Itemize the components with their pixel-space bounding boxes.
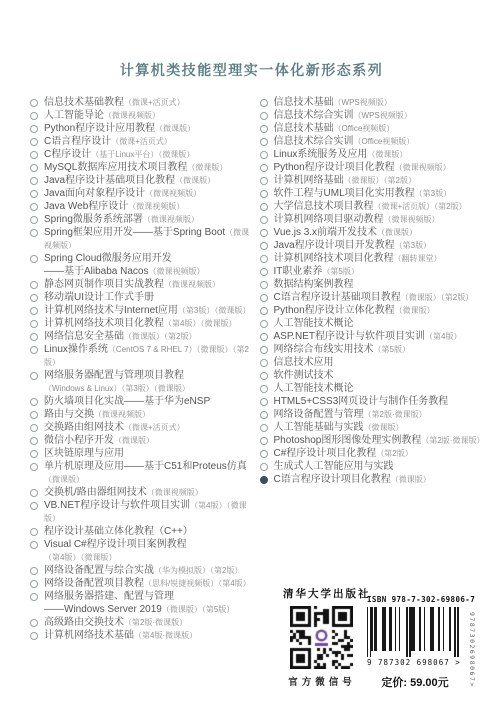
book-list-right: 信息技术基础（WPS视频版） 信息技术综合实训（WPS视频版） 信息技术基础（O… [260, 96, 503, 642]
book-list-item: 防火墙项目化实战——基于华为eNSP [30, 395, 256, 408]
book-title: 计算机网络技术项目化教程 [44, 318, 164, 329]
book-entry: Python程序设计立体化教程（微课版） [274, 304, 503, 317]
book-entry: C语言程序设计（微课+活页式） [44, 135, 256, 148]
book-title: 信息技术综合实训 [274, 136, 354, 147]
list-bullet-icon [260, 177, 268, 185]
list-bullet-icon [260, 190, 268, 198]
list-bullet-icon [30, 437, 38, 445]
book-list-item: Java程序设计项目开发教程（第3版） [260, 239, 503, 252]
book-list-item: 计算机网络技术基础（第4版·微课版） [30, 629, 256, 642]
list-bullet-icon [30, 216, 38, 224]
book-edition-note: （微课视频版） [145, 189, 201, 198]
book-entry: 信息技术基础（WPS视频版） [274, 96, 503, 109]
book-list-item: 信息技术综合实训（Office视频版） [260, 135, 503, 148]
book-list-item: 高级路由交换技术（第2版·微课版） [30, 616, 256, 629]
book-edition-note: （Office视频版） [334, 124, 395, 133]
list-bullet-icon [30, 567, 38, 575]
book-entry: VB.NET程序设计与软件项目实训（第4版）（微课版） [44, 499, 256, 525]
book-list-item: 计算机网络项目驱动教程（微课视频版） [260, 213, 503, 226]
book-entry: Photoshop图形图像处理实例教程（第2版·微课版） [274, 434, 503, 447]
book-entry: 单片机原理及应用——基于C51和Proteus仿真（微课版） [44, 460, 256, 486]
list-bullet-icon [30, 151, 38, 159]
list-bullet-icon [260, 307, 268, 315]
book-list-item: Vue.js 3.x前端开发技术（微课版） [260, 226, 503, 239]
list-bullet-icon [260, 268, 268, 276]
book-title: 网络设备配置与综合实战 [44, 565, 154, 576]
list-bullet-icon [260, 138, 268, 146]
list-bullet-icon [30, 320, 38, 328]
list-bullet-icon [30, 580, 38, 588]
book-list-item: 网络设备配置与管理（第2版·微课版） [260, 408, 503, 421]
book-edition-note: （微课版）（第2版） [401, 293, 473, 302]
book-title: Python程序设计项目化教程 [274, 162, 395, 173]
book-title: C语言程序设计项目化教程 [274, 474, 391, 485]
book-list-item: 网络服务器搭建、配置与管理——Windows Server 2019（微课版）（… [30, 590, 256, 616]
book-list-item: 交换机/路由器组网技术（微课视频版） [30, 486, 256, 499]
list-bullet-icon [30, 528, 38, 536]
book-entry: Linux操作系统（CentOS 7 & RHEL 7）（微课版）（第2版） [44, 343, 256, 369]
book-list-item: Java程序设计基础项目化教程（微课版） [30, 174, 256, 187]
book-title: Photoshop图形图像处理实例教程 [274, 435, 422, 446]
book-title: Java面向对象程序设计 [44, 188, 145, 199]
book-edition-note: （微课视频版） [395, 163, 451, 172]
book-edition-note: （第3版）（微课版） [178, 306, 250, 315]
book-entry: 网络设备配置与综合实战（华为模拟版）（第2版） [44, 564, 256, 577]
book-title: 信息技术基础 [274, 123, 334, 134]
list-bullet-icon [30, 333, 38, 341]
isbn-number: ISBN 978-7-302-69806-7 [367, 595, 463, 604]
book-list-item: 静态网页制作项目实战教程（微课视频版） [30, 278, 256, 291]
book-list-item: 网络设备配置与综合实战（华为模拟版）（第2版） [30, 564, 256, 577]
list-bullet-icon [260, 398, 268, 406]
isbn-block: ISBN 978-7-302-69806-7 9 787302 698067 >… [367, 595, 463, 690]
book-entry: 高级路由交换技术（第2版·微课版） [44, 616, 256, 629]
book-edition-note: （微课版）（第2版） [344, 176, 416, 185]
book-entry: Spring框架应用开发——基于Spring Boot（微课视频版） [44, 226, 256, 252]
book-edition-note: （第5版） [322, 267, 358, 276]
book-title: 软件测试技术 [274, 370, 334, 381]
book-entry: 区块链原理与应用 [44, 447, 256, 460]
book-list-item: MySQL数据库应用技术项目教程（微课版） [30, 161, 256, 174]
list-bullet-icon [30, 619, 38, 627]
list-bullet-icon [30, 125, 38, 133]
book-list-item: 移动端UI设计工作式手册 [30, 291, 256, 304]
book-entry: Java程序设计项目开发教程（第3版） [274, 239, 503, 252]
book-list-item: 信息技术基础（Office视频版） [260, 122, 503, 135]
book-title: 网络设备配置与管理 [274, 409, 364, 420]
list-bullet-icon [30, 502, 38, 510]
book-title: 交换机/路由器组网技术 [44, 487, 147, 498]
list-bullet-icon [30, 229, 38, 237]
book-edition-note: （第4版）（微课版） [44, 553, 116, 562]
book-title: 人工智能技术概论 [274, 383, 354, 394]
book-list-item: 生成式人工智能应用与实践 [260, 460, 503, 473]
list-bullet-icon [30, 632, 38, 640]
book-list-item: C#程序设计项目化教程（第2版） [260, 447, 503, 460]
book-entry: 人工智能技术概论 [274, 317, 503, 330]
book-edition-note: （微课版） [114, 436, 154, 445]
book-edition-note: （微课视频版） [94, 410, 150, 419]
book-entry: Vue.js 3.x前端开发技术（微课版） [274, 226, 503, 239]
book-list-item: Python程序设计应用教程（微课版） [30, 122, 256, 135]
book-entry: 静态网页制作项目实战教程（微课视频版） [44, 278, 256, 291]
book-list-item: 计算机网络技术项目化教程（翻转课堂） [260, 252, 503, 265]
list-bullet-icon [260, 372, 268, 380]
book-title: 软件工程与UML项目化实用教程 [274, 188, 415, 199]
book-list-item: 信息技术基础教程（微课+活页式） [30, 96, 256, 109]
book-edition-note: （微课版） [44, 475, 84, 484]
book-list-item: 人工智能基础与实践（微课版） [260, 421, 503, 434]
list-bullet-icon [260, 333, 268, 341]
book-title: Spring框架应用开发——基于Spring Boot [44, 227, 225, 238]
book-entry: 网络服务器配置与管理项目教程（Windows & Linux）（第3版）（微课版… [44, 369, 256, 395]
book-title: HTML5+CSS3网页设计与制作任务教程 [274, 396, 449, 407]
book-entry: 人工智能导论（微课视频版） [44, 109, 256, 122]
book-list-item: 软件工程与UML项目化实用教程（第3版） [260, 187, 503, 200]
book-title: ASP.NET程序设计与软件项目实训 [274, 331, 426, 342]
book-entry: Visual C#程序设计项目案例教程（第4版）（微课版） [44, 538, 256, 564]
book-list-item: IT职业素养（第5版） [260, 265, 503, 278]
book-entry: 网络信息安全基础（微课版）（第2版） [44, 330, 256, 343]
book-list-item: 网络设备配置项目教程（思科/锐捷视频版）（第4版） [30, 577, 256, 590]
book-list-item: Python程序设计立体化教程（微课版） [260, 304, 503, 317]
list-bullet-icon [260, 242, 268, 250]
book-edition-note: （微课+活页式） [124, 98, 185, 107]
book-entry: C#程序设计项目化教程（第2版） [274, 447, 503, 460]
book-title: Linux操作系统 [44, 344, 108, 355]
book-list-item: Visual C#程序设计项目案例教程（第4版）（微课版） [30, 538, 256, 564]
list-bullet-icon [260, 229, 268, 237]
book-title: C语言程序设计 [44, 136, 111, 147]
book-entry: ASP.NET程序设计与软件项目实训（第4版） [274, 330, 503, 343]
qr-label: 官方微信号 [281, 674, 363, 688]
book-entry: 人工智能基础与实践（微课版） [274, 421, 503, 434]
list-bullet-icon [260, 164, 268, 172]
list-bullet-icon [260, 411, 268, 419]
book-title: Python程序设计应用教程 [44, 123, 155, 134]
book-entry: Linux系统服务及应用（微课版） [274, 148, 503, 161]
book-list-item: VB.NET程序设计与软件项目实训（第4版）（微课版） [30, 499, 256, 525]
book-list-item: 数据结构案例教程 [260, 278, 503, 291]
book-list-columns: 信息技术基础教程（微课+活页式） 人工智能导论（微课视频版） Python程序设… [30, 96, 503, 642]
book-entry: 信息技术综合实训（Office视频版） [274, 135, 503, 148]
book-entry: 信息技术综合实训（WPS视频版） [274, 109, 503, 122]
book-title: 信息技术基础 [274, 97, 334, 108]
book-title: 路由与交换 [44, 409, 94, 420]
book-edition-note: （微课版） [155, 124, 195, 133]
book-title: 网络服务器配置与管理项目教程 [44, 370, 184, 381]
list-bullet-icon [260, 320, 268, 328]
book-title: 信息技术应用 [274, 357, 334, 368]
book-title: 静态网页制作项目实战教程 [44, 279, 164, 290]
list-bullet-icon [260, 216, 268, 224]
list-bullet-icon [260, 359, 268, 367]
book-entry: 程序设计基础立体化教程（C++） [44, 525, 256, 538]
book-title: 防火墙项目化实战——基于华为eNSP [44, 396, 210, 407]
book-title: 单片机原理及应用——基于C51和Proteus仿真 [44, 461, 247, 472]
book-entry: Spring微服务系统部署（微课视频版） [44, 213, 256, 226]
list-bullet-icon [260, 424, 268, 432]
book-entry: 信息技术基础教程（微课+活页式） [44, 96, 256, 109]
book-edition-note: （第5版） [374, 345, 410, 354]
book-list-item: Linux操作系统（CentOS 7 & RHEL 7）（微课版）（第2版） [30, 343, 256, 369]
book-entry: 网络设备配置项目教程（思科/锐捷视频版）（第4版） [44, 577, 256, 590]
book-edition-note: （翻转课堂） [394, 254, 442, 263]
book-entry: 路由与交换（微课视频版） [44, 408, 256, 421]
book-edition-note: （微课+活页版）（第2版） [374, 202, 467, 211]
book-back-cover: 计算机类技能型理实一体化新形态系列 信息技术基础教程（微课+活页式） 人工智能导… [0, 0, 503, 714]
book-title: 数据结构案例教程 [274, 279, 354, 290]
book-title: 网络综合布线实用技术 [274, 344, 374, 355]
book-edition-note: （WPS视频版） [354, 111, 412, 120]
book-entry: 计算机网络项目驱动教程（微课视频版） [274, 213, 503, 226]
book-list-item: C语言程序设计（微课+活页式） [30, 135, 256, 148]
list-bullet-icon [260, 255, 268, 263]
book-title: Java程序设计项目开发教程 [274, 240, 395, 251]
list-bullet-icon [30, 398, 38, 406]
book-title: C语言程序设计基础项目教程 [274, 292, 401, 303]
list-bullet-icon [30, 372, 38, 380]
book-title: 微信小程序开发 [44, 435, 114, 446]
list-bullet-icon [30, 294, 38, 302]
list-bullet-icon [260, 151, 268, 159]
book-title: 信息技术基础教程 [44, 97, 124, 108]
list-bullet-icon [260, 437, 268, 445]
book-entry: 计算机网络技术基础（第4版·微课版） [44, 629, 256, 642]
book-list-item: 程序设计基础立体化教程（C++） [30, 525, 256, 538]
book-list-item: Spring微服务系统部署（微课视频版） [30, 213, 256, 226]
book-edition-note: （微课版） [391, 475, 431, 484]
book-entry: 计算机网络基础（微课版）（第2版） [274, 174, 503, 187]
book-title: Python程序设计立体化教程 [274, 305, 395, 316]
list-bullet-icon [260, 203, 268, 211]
book-edition-note: （微课视频版） [164, 280, 220, 289]
book-edition-note: （基于Linux平台）（微课版） [91, 150, 194, 159]
book-edition-note: （微课版）（第2版） [124, 332, 196, 341]
book-list-item: 区块链原理与应用 [30, 447, 256, 460]
book-entry: C语言程序设计基础项目教程（微课版）（第2版） [274, 291, 503, 304]
book-title: Java Web程序设计 [44, 201, 128, 212]
list-bullet-icon [30, 307, 38, 315]
book-title: 人工智能导论 [44, 110, 104, 121]
book-list-item: 微信小程序开发（微课版） [30, 434, 256, 447]
book-entry: 交换路由组网技术（微课+活页式） [44, 421, 256, 434]
book-edition-note: （微课版） [187, 163, 227, 172]
list-bullet-icon [260, 463, 268, 471]
book-title: Visual C#程序设计项目案例教程 [44, 539, 187, 550]
book-edition-note: （微课版） [377, 228, 417, 237]
book-list-item: C程序设计（基于Linux平台）（微课版） [30, 148, 256, 161]
book-edition-note: （第4版） [425, 332, 461, 341]
list-bullet-icon [30, 112, 38, 120]
book-entry: 软件工程与UML项目化实用教程（第3版） [274, 187, 503, 200]
book-title: 移动端UI设计工作式手册 [44, 292, 154, 303]
book-edition-note: （微课版） [395, 306, 435, 315]
book-edition-note: （第2版·微课版） [364, 410, 427, 419]
price: 定价: 59.00元 [367, 674, 463, 690]
book-entry: Spring Cloud微服务应用开发——基于Alibaba Nacos（微课视… [44, 252, 256, 278]
book-entry: Python程序设计项目化教程（微课视频版） [274, 161, 503, 174]
book-entry: 防火墙项目化实战——基于华为eNSP [44, 395, 256, 408]
book-entry: 移动端UI设计工作式手册 [44, 291, 256, 304]
list-bullet-icon [30, 203, 38, 211]
book-title: IT职业素养 [274, 266, 323, 277]
book-title: Linux系统服务及应用 [274, 149, 368, 160]
book-title: C程序设计 [44, 149, 91, 160]
book-entry: 大学信息技术项目教程（微课+活页版）（第2版） [274, 200, 503, 213]
book-title: Spring Cloud微服务应用开发 [44, 253, 172, 264]
book-title: 计算机网络基础 [274, 175, 344, 186]
book-list-item: HTML5+CSS3网页设计与制作任务教程 [260, 395, 503, 408]
list-bullet-icon [30, 281, 38, 289]
list-bullet-icon [260, 99, 268, 107]
book-edition-note: （微课视频版） [128, 202, 184, 211]
book-title: 计算机网络项目驱动教程 [274, 214, 384, 225]
book-title: VB.NET程序设计与软件项目实训 [44, 500, 190, 511]
book-edition-note: （微课+活页式） [111, 137, 172, 146]
book-edition-note: （第3版） [395, 241, 431, 250]
book-list-item: 计算机网络技术与Internet应用（第3版）（微课版） [30, 304, 256, 317]
book-edition-note: （第4版·微课版） [134, 631, 197, 640]
book-entry: Java程序设计基础项目化教程（微课版） [44, 174, 256, 187]
book-list-item: 人工智能技术概论 [260, 382, 503, 395]
list-bullet-icon [30, 593, 38, 601]
book-title: 交换路由组网技术 [44, 422, 124, 433]
list-bullet-icon [30, 489, 38, 497]
book-list-item: 路由与交换（微课视频版） [30, 408, 256, 421]
book-title: 网络设备配置项目教程 [44, 578, 144, 589]
book-title: Vue.js 3.x前端开发技术 [274, 227, 378, 238]
book-list-item: 人工智能导论（微课视频版） [30, 109, 256, 122]
wechat-qr-code-icon [290, 606, 353, 669]
side-isbn-code: 9787302698067> [468, 612, 476, 688]
book-list-item: Photoshop图形图像处理实例教程（第2版·微课版） [260, 434, 503, 447]
book-list-item: 交换路由组网技术（微课+活页式） [30, 421, 256, 434]
book-list-item: Java面向对象程序设计（微课视频版） [30, 187, 256, 200]
list-bullet-icon [260, 125, 268, 133]
list-bullet-icon [30, 463, 38, 471]
list-bullet-icon [30, 177, 38, 185]
book-edition-note: （微课版） [364, 423, 404, 432]
book-title: MySQL数据库应用技术项目教程 [44, 162, 187, 173]
book-title: 人工智能基础与实践 [274, 422, 364, 433]
list-bullet-icon [30, 255, 38, 263]
book-title: 大学信息技术项目教程 [274, 201, 374, 212]
book-entry: 计算机网络技术与Internet应用（第3版）（微课版） [44, 304, 256, 317]
book-list-item: 计算机网络基础（微课版）（第2版） [260, 174, 503, 187]
book-entry: 信息技术基础（Office视频版） [274, 122, 503, 135]
book-entry: 网络设备配置与管理（第2版·微课版） [274, 408, 503, 421]
book-list-item: 计算机网络技术项目化教程（第4版）（微课版） [30, 317, 256, 330]
book-list-item: 人工智能技术概论 [260, 317, 503, 330]
book-edition-note: （第2版） [376, 449, 412, 458]
book-entry: 网络综合布线实用技术（第5版） [274, 343, 503, 356]
book-entry: 信息技术应用 [274, 356, 503, 369]
book-list-item: C语言程序设计基础项目教程（微课版）（第2版） [260, 291, 503, 304]
book-list-item: 网络信息安全基础（微课版）（第2版） [30, 330, 256, 343]
book-entry: Python程序设计应用教程（微课版） [44, 122, 256, 135]
book-list-item: Java Web程序设计（微课视频版） [30, 200, 256, 213]
book-edition-note: （微课版） [367, 150, 407, 159]
book-list-item: Python程序设计项目化教程（微课视频版） [260, 161, 503, 174]
book-title: 程序设计基础立体化教程（C++） [44, 526, 193, 537]
list-bullet-icon [260, 281, 268, 289]
book-entry: Java Web程序设计（微课视频版） [44, 200, 256, 213]
book-title: C#程序设计项目化教程 [274, 448, 377, 459]
book-entry: 生成式人工智能应用与实践 [274, 460, 503, 473]
book-edition-note: （第3版） [415, 189, 451, 198]
series-title: 计算机类技能型理实一体化新形态系列 [0, 0, 503, 80]
list-bullet-icon [30, 99, 38, 107]
list-bullet-icon [30, 138, 38, 146]
book-list-left: 信息技术基础教程（微课+活页式） 人工智能导论（微课视频版） Python程序设… [30, 96, 256, 642]
book-edition-note: （微课视频版） [143, 215, 199, 224]
list-bullet-icon [30, 346, 38, 354]
list-bullet-icon [30, 450, 38, 458]
book-entry: 交换机/路由器组网技术（微课视频版） [44, 486, 256, 499]
book-title: 生成式人工智能应用与实践 [274, 461, 394, 472]
book-title: 信息技术综合实训 [274, 110, 354, 121]
book-entry: 计算机网络技术项目化教程（翻转课堂） [274, 252, 503, 265]
book-title: 区块链原理与应用 [44, 448, 124, 459]
list-bullet-icon [260, 112, 268, 120]
book-edition-note: （第2版·微课版） [421, 436, 484, 445]
book-list-item: Spring Cloud微服务应用开发——基于Alibaba Nacos（微课视… [30, 252, 256, 278]
book-list-item: Linux系统服务及应用（微课版） [260, 148, 503, 161]
list-bullet-icon [260, 346, 268, 354]
book-list-item: 网络综合布线实用技术（第5版） [260, 343, 503, 356]
book-edition-note: （微课版） [175, 176, 215, 185]
publisher-name: 清华大学出版社 [283, 586, 361, 601]
list-bullet-icon [30, 411, 38, 419]
list-bullet-icon [30, 424, 38, 432]
book-title: 计算机网络技术项目化教程 [274, 253, 394, 264]
book-entry: 软件测试技术 [274, 369, 503, 382]
book-title: Spring微服务系统部署 [44, 214, 143, 225]
book-list-item: 信息技术基础（WPS视频版） [260, 96, 503, 109]
book-entry: 网络服务器搭建、配置与管理——Windows Server 2019（微课版）（… [44, 590, 256, 616]
book-edition-note: （微课+活页式） [124, 423, 185, 432]
list-bullet-icon [30, 190, 38, 198]
list-bullet-icon [30, 541, 38, 549]
book-list-item: 信息技术综合实训（WPS视频版） [260, 109, 503, 122]
book-edition-note: （Office视频版） [354, 137, 415, 146]
book-list-item: 单片机原理及应用——基于C51和Proteus仿真（微课版） [30, 460, 256, 486]
isbn-barcode-icon [367, 607, 459, 657]
book-edition-note: （微课视频版） [384, 215, 440, 224]
book-edition-note: （思科/锐捷视频版）（第4版） [144, 579, 251, 588]
list-bullet-icon [260, 385, 268, 393]
book-entry: 数据结构案例教程 [274, 278, 503, 291]
list-bullet-icon [260, 450, 268, 458]
book-entry: C程序设计（基于Linux平台）（微课版） [44, 148, 256, 161]
book-list-item: 软件测试技术 [260, 369, 503, 382]
book-list-item: Spring框架应用开发——基于Spring Boot（微课视频版） [30, 226, 256, 252]
list-bullet-icon [260, 294, 268, 302]
book-title: 人工智能技术概论 [274, 318, 354, 329]
book-entry: 人工智能技术概论 [274, 382, 503, 395]
book-entry: Java面向对象程序设计（微课视频版） [44, 187, 256, 200]
list-bullet-icon [30, 164, 38, 172]
book-title: 网络服务器搭建、配置与管理 [44, 591, 174, 602]
book-edition-note: （第4版）（微课版） [164, 319, 236, 328]
book-entry: 计算机网络技术项目化教程（第4版）（微课版） [44, 317, 256, 330]
book-list-item: 大学信息技术项目教程（微课+活页版）（第2版） [260, 200, 503, 213]
book-list-item: C语言程序设计项目化教程（微课版） [260, 473, 503, 486]
book-edition-note: （华为模拟版）（第2版） [154, 566, 242, 575]
book-edition-note: （WPS视频版） [334, 98, 392, 107]
book-title: 高级路由交换技术 [44, 617, 124, 628]
